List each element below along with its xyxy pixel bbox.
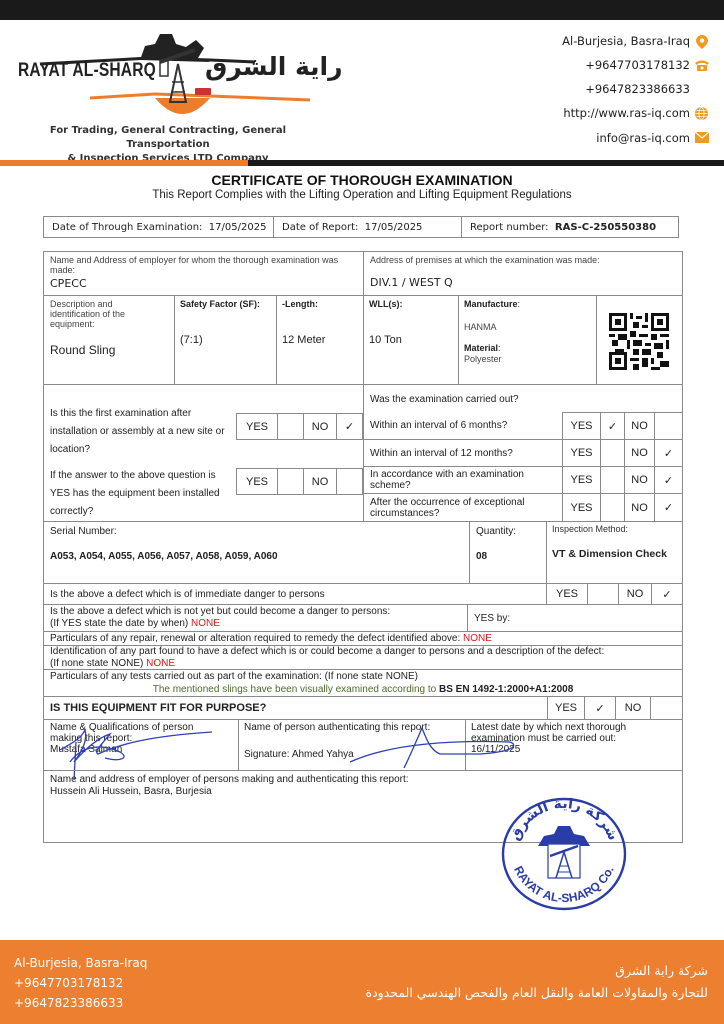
part-defect-sub: (If none state NONE) (50, 658, 143, 669)
footer-phone-1[interactable]: +9647703178132 (14, 973, 147, 993)
yes-by-label: YES by: (474, 612, 676, 625)
description-value: Round Sling (50, 343, 168, 357)
premises-cell: Address of premises at which the examina… (363, 251, 683, 296)
repair-value: NONE (463, 633, 492, 644)
serial-number-cell: Serial Number: A053, A054, A055, A056, A… (43, 521, 470, 584)
globe-icon (695, 107, 708, 120)
tests-text: The mentioned slings have been visually … (153, 684, 437, 695)
footer-arabic-line-2: للتجارة والمقاولات العامة والنقل العام و… (366, 982, 708, 1004)
yes-label: YES (548, 697, 585, 719)
installed-correctly-no-checkbox[interactable] (337, 469, 362, 494)
future-danger-cell: Is the above a defect which is not yet b… (43, 604, 468, 632)
certificate-title: CERTIFICATE OF THOROUGH EXAMINATION (0, 172, 724, 188)
quantity-cell: Quantity: 08 (469, 521, 547, 584)
date-exam-label: Date of Through Examination: (52, 222, 202, 233)
no-label: NO (625, 413, 655, 439)
inspection-method-value: VT & Dimension Check (552, 548, 677, 561)
safety-factor-value: (7:1) (180, 334, 271, 347)
qr-cell (596, 295, 683, 385)
inspection-method-label: Inspection Method: (552, 524, 677, 534)
part-defect-value: NONE (146, 658, 175, 669)
exceptional-circumstances-yes-no: YES NO ✓ (562, 493, 683, 522)
part-defect-cell: Identification of any part found to have… (43, 645, 683, 670)
date-bar: Date of Through Examination: 17/05/2025 … (43, 216, 679, 238)
safety-factor-label: Safety Factor (SF): (180, 299, 271, 309)
immediate-danger-question: Is the above a defect which is of immedi… (50, 588, 325, 601)
description-label: Description and identification of the eq… (50, 299, 150, 329)
interval-12-months-no-checkbox[interactable]: ✓ (655, 440, 682, 466)
contact-website-text[interactable]: http://www.ras-iq.com (563, 106, 690, 120)
brand-name-latin: RAYAT AL-SHARQ (18, 60, 156, 82)
immediate-danger-yes-no: YES NO ✓ (546, 583, 683, 605)
contact-address-text: Al-Burjesia, Basra-Iraq (562, 34, 690, 48)
length-value: 12 Meter (282, 334, 358, 347)
interval-6-months-yes-no: YES ✓ NO (562, 412, 683, 440)
contact-website[interactable]: http://www.ras-iq.com (563, 106, 708, 120)
length-label: -Length: (282, 299, 358, 309)
fit-for-purpose-question: IS THIS EQUIPMENT FIT FOR PURPOSE? (50, 702, 266, 715)
footer-phone-2[interactable]: +9647823386633 (14, 993, 147, 1013)
no-label: NO (625, 467, 655, 493)
yes-by-cell: YES by: (467, 604, 683, 632)
serial-number-label: Serial Number: (50, 525, 463, 538)
quantity-value: 08 (476, 550, 540, 563)
fit-for-purpose-no-checkbox[interactable] (651, 697, 682, 719)
location-pin-icon (695, 35, 708, 48)
exceptional-circumstances-yes-checkbox[interactable] (601, 494, 625, 521)
yes-label: YES (237, 414, 278, 439)
contact-phone-2-text[interactable]: +9647823386633 (585, 82, 690, 96)
exam-scheme-no-checkbox[interactable]: ✓ (655, 467, 682, 493)
repair-cell: Particulars of any repair, renewal or al… (43, 631, 683, 646)
inspection-method-cell: Inspection Method: VT & Dimension Check (546, 521, 683, 584)
premises-label: Address of premises at which the examina… (370, 255, 676, 265)
interval-12-months-yes-no: YES NO ✓ (562, 439, 683, 467)
installed-correctly-yes-no: YES NO (236, 468, 363, 495)
yes-label: YES (563, 494, 601, 521)
date-report-field: Date of Report: 17/05/2025 (274, 217, 462, 237)
no-label: NO (616, 697, 651, 719)
header-divider-orange (0, 160, 248, 166)
footer-arabic-line-1: شركة راية الشرق (366, 960, 708, 982)
date-report-value: 17/05/2025 (365, 222, 423, 233)
contact-address: Al-Burjesia, Basra-Iraq (562, 34, 708, 48)
exceptional-circumstances-no-checkbox[interactable]: ✓ (655, 494, 682, 521)
company-stamp: شركة راية الشرق RAYAT AL-SHARQ Co. (498, 796, 630, 912)
report-number-value: RAS-C-250550380 (555, 222, 656, 233)
contact-email[interactable]: info@ras-iq.com (596, 131, 708, 145)
interval-6-months-question: Within an interval of 6 months? (370, 419, 507, 432)
interval-6-months-no-checkbox[interactable] (655, 413, 682, 439)
manufacture-cell: Manufacture: HANMA Material: Polyester (458, 295, 597, 385)
exceptional-circumstances-cell: After the occurrence of exceptional circ… (363, 493, 563, 522)
authenticator-signature-scribble (330, 722, 530, 772)
future-danger-value: NONE (191, 618, 220, 629)
no-label: NO (304, 414, 337, 439)
exam-scheme-yes-checkbox[interactable] (601, 467, 625, 493)
exceptional-circumstances-question: After the occurrence of exceptional circ… (370, 497, 557, 519)
description-cell: Description and identification of the eq… (43, 295, 175, 385)
footer-address: Al-Burjesia, Basra-Iraq (14, 953, 147, 973)
telephone-icon (695, 59, 708, 72)
contact-email-text[interactable]: info@ras-iq.com (596, 131, 690, 145)
material-value: Polyester (464, 354, 591, 364)
wll-cell: WLL(s): 10 Ton (363, 295, 459, 385)
employer-of-persons-label: Name and address of employer of persons … (50, 774, 676, 786)
envelope-icon (695, 132, 708, 145)
yes-label: YES (563, 440, 601, 466)
immediate-danger-yes-checkbox[interactable] (588, 584, 619, 604)
tests-standard: BS EN 1492-1:2000+A1:2008 (439, 684, 573, 695)
employer-value: CPECC (50, 277, 357, 290)
length-cell: -Length: 12 Meter (276, 295, 364, 385)
first-exam-no-checkbox[interactable]: ✓ (337, 414, 362, 439)
brand-name-arabic: راية الشرق (205, 52, 343, 81)
installed-correctly-question: If the answer to the above question is Y… (50, 467, 235, 521)
yes-label: YES (237, 469, 278, 494)
footer-arabic-company: شركة راية الشرق للتجارة والمقاولات العام… (366, 960, 708, 1004)
exam-scheme-cell: In accordance with an examination scheme… (363, 466, 563, 494)
yes-label: YES (547, 584, 588, 604)
installed-correctly-yes-checkbox[interactable] (278, 469, 304, 494)
date-report-label: Date of Report: (282, 222, 358, 233)
fit-for-purpose-yes-no: YES ✓ NO (547, 696, 683, 720)
part-defect-label: Identification of any part found to have… (50, 646, 676, 658)
contact-phone-2[interactable]: +9647823386633 (585, 82, 690, 96)
no-label: NO (625, 494, 655, 521)
no-label: NO (304, 469, 337, 494)
material-label: Material (464, 343, 498, 353)
report-number-field: Report number: RAS-C-250550380 (462, 217, 678, 237)
immediate-danger-cell: Is the above a defect which is of immedi… (43, 583, 547, 605)
serial-number-value: A053, A054, A055, A056, A057, A058, A059… (50, 550, 463, 563)
yes-label: YES (563, 413, 601, 439)
tagline-line-1: For Trading, General Contracting, Genera… (18, 124, 318, 152)
interval-6-months-cell: Within an interval of 6 months? (363, 412, 563, 440)
certificate-subtitle: This Report Complies with the Lifting Op… (0, 189, 724, 201)
manufacture-value: HANMA (464, 322, 591, 332)
exam-scheme-question: In accordance with an examination scheme… (370, 469, 557, 491)
wll-label: WLL(s): (369, 299, 453, 309)
interval-12-months-yes-checkbox[interactable] (601, 440, 625, 466)
first-exam-question: Is this the first examination after inst… (50, 405, 235, 459)
manufacture-label: Manufacture (464, 299, 518, 309)
no-label: NO (619, 584, 652, 604)
qr-code-icon[interactable] (609, 313, 669, 370)
immediate-danger-no-checkbox[interactable]: ✓ (652, 584, 682, 604)
date-exam-value: 17/05/2025 (209, 222, 267, 233)
future-danger-sub: (If YES state the date by when) (50, 618, 188, 629)
tests-cell: Particulars of any tests carried out as … (43, 669, 683, 697)
contact-phone-1[interactable]: +9647703178132 (585, 58, 708, 72)
fit-for-purpose-yes-checkbox[interactable]: ✓ (585, 697, 616, 719)
report-number-label: Report number: (470, 222, 549, 233)
interval-6-months-yes-checkbox[interactable]: ✓ (601, 413, 625, 439)
wll-value: 10 Ton (369, 334, 453, 347)
exam-carried-out-heading-cell: Was the examination carried out? (363, 384, 683, 413)
exam-scheme-yes-no: YES NO ✓ (562, 466, 683, 494)
future-danger-question: Is the above a defect which is not yet b… (50, 606, 461, 618)
yes-label: YES (563, 467, 601, 493)
top-black-bar (0, 0, 724, 20)
first-exam-cell: Is this the first examination after inst… (43, 384, 364, 522)
first-exam-yes-checkbox[interactable] (278, 414, 304, 439)
interval-12-months-cell: Within an interval of 12 months? (363, 439, 563, 467)
exam-carried-out-heading: Was the examination carried out? (370, 393, 676, 406)
date-exam-field: Date of Through Examination: 17/05/2025 (44, 217, 274, 237)
quantity-label: Quantity: (476, 525, 540, 538)
footer-contacts: Al-Burjesia, Basra-Iraq +9647703178132 +… (14, 953, 147, 1013)
tests-label: Particulars of any tests carried out as … (50, 670, 676, 683)
premises-value: DIV.1 / WEST Q (370, 276, 676, 289)
employer-cell: Name and Address of employer for whom th… (43, 251, 364, 296)
repair-label: Particulars of any repair, renewal or al… (50, 633, 460, 644)
contact-phone-1-text[interactable]: +9647703178132 (585, 58, 690, 72)
first-exam-yes-no: YES NO ✓ (236, 413, 363, 440)
safety-factor-cell: Safety Factor (SF): (7:1) (174, 295, 277, 385)
interval-12-months-question: Within an interval of 12 months? (370, 447, 513, 460)
no-label: NO (625, 440, 655, 466)
employer-label: Name and Address of employer for whom th… (50, 255, 357, 275)
fit-for-purpose-cell: IS THIS EQUIPMENT FIT FOR PURPOSE? (43, 696, 548, 720)
header-divider-black (248, 160, 724, 166)
